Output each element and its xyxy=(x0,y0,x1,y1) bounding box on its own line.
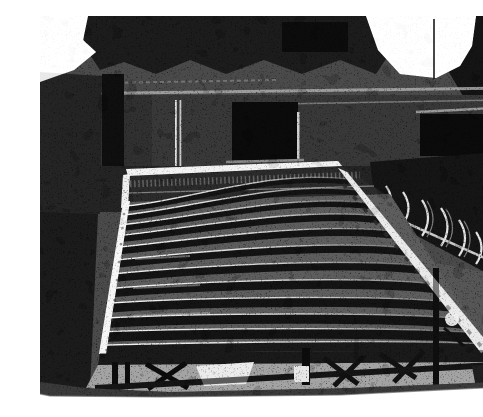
photo-canvas xyxy=(40,16,483,401)
scanned-photo: Scanned black-and-white halftone photogr… xyxy=(40,16,483,401)
antenna-mast xyxy=(433,19,435,79)
